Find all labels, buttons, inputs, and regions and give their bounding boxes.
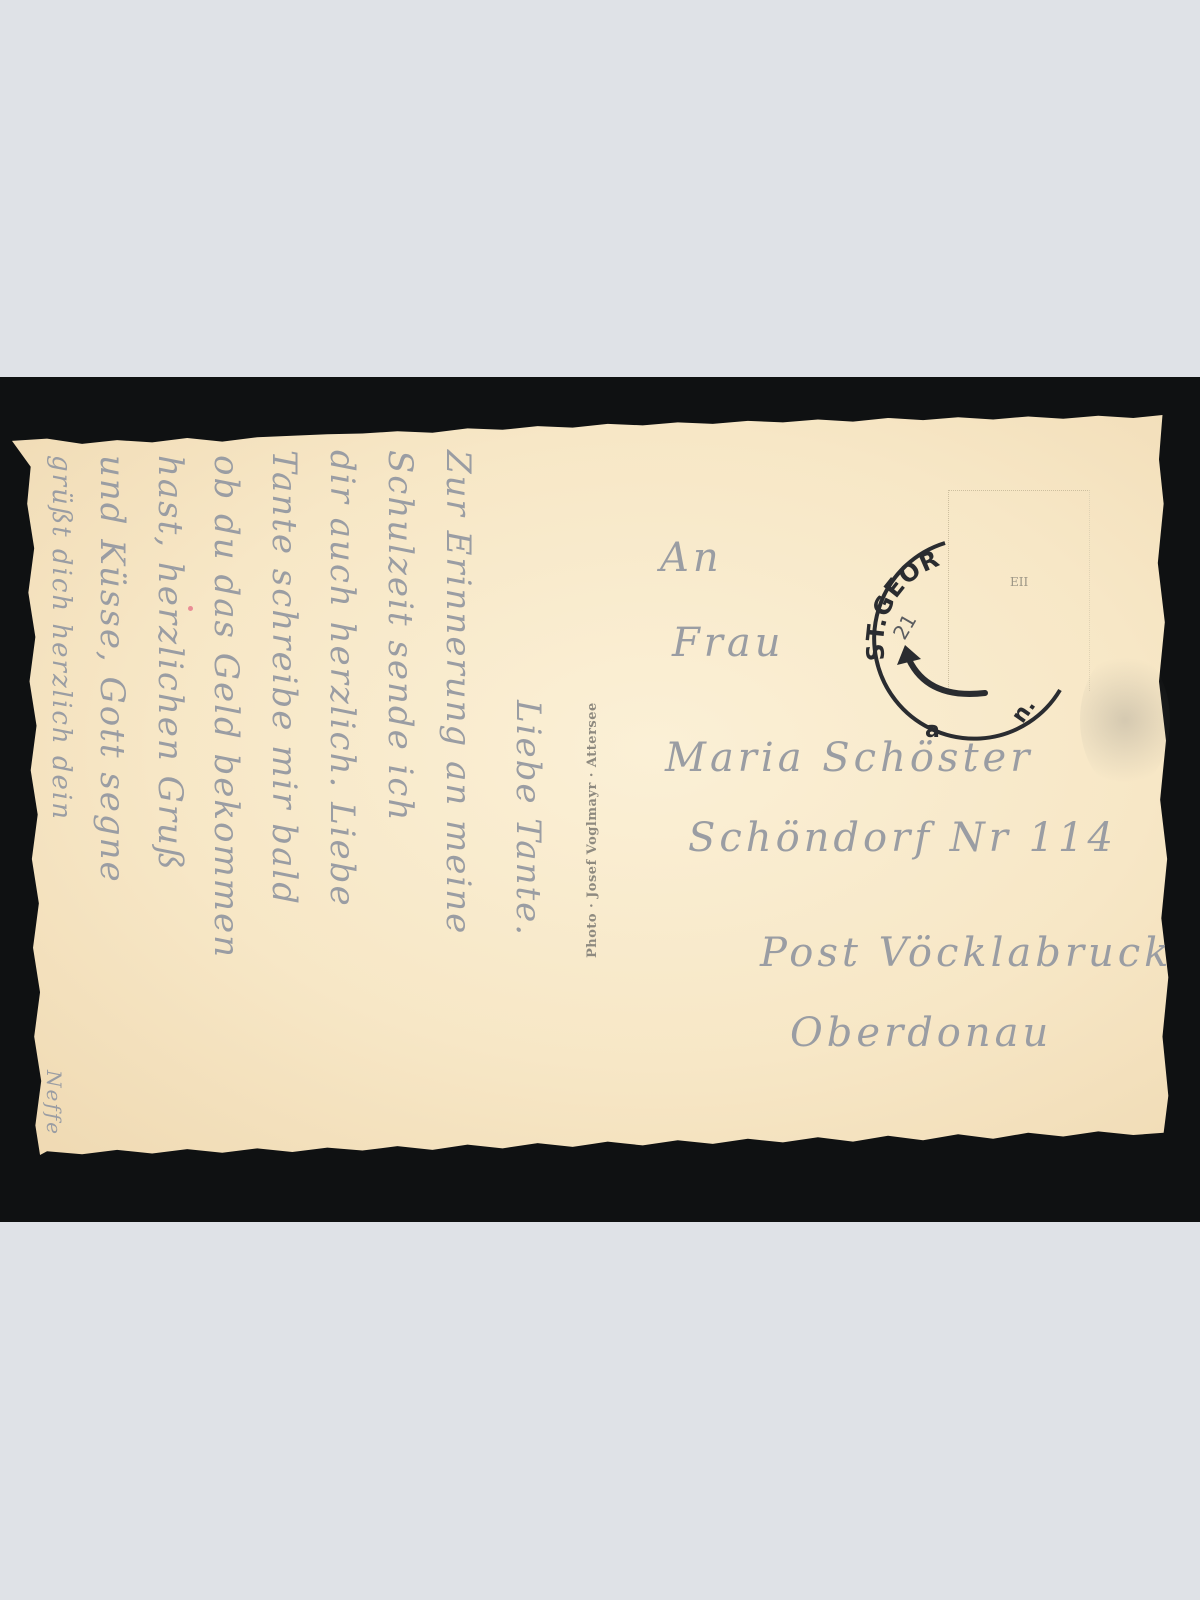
address-line: Schöndorf Nr 114 [688,815,1117,861]
message-line: Zur Erinnerung an meine [438,450,478,935]
ink-spot [188,606,193,611]
svg-text:ST.GEOR: ST.GEOR [861,544,944,662]
address-line: An [660,535,723,581]
message-line: Schulzeit sende ich [380,450,420,822]
message-line: dir auch herzlich. Liebe [322,450,362,908]
postmark-icon: ST.GEOR 21 a n. [845,525,1075,755]
message-line: und Küsse, Gott segne [92,455,132,884]
message-line: ob du das Geld bekommen [206,455,246,959]
address-line: Post Vöcklabruck [760,930,1172,976]
stamp-smudge [1080,650,1170,790]
message-line: hast, herzlichen Gruß [150,455,190,872]
address-line: Frau [672,620,784,666]
message-signature: Neffe [42,1070,66,1136]
postmark-suffix-right: n. [1007,694,1041,728]
address-line: Maria Schöster [665,735,1033,781]
message-line: grüßt dich herzlich dein [46,455,76,821]
message-greeting: Liebe Tante. [508,700,548,937]
message-line: Tante schreibe mir bald [264,450,304,906]
photo-credit: Photo · Josef Voglmayr · Attersee [585,702,600,958]
postmark-town: ST.GEOR [861,544,944,662]
address-line: Oberdonau [790,1010,1052,1056]
